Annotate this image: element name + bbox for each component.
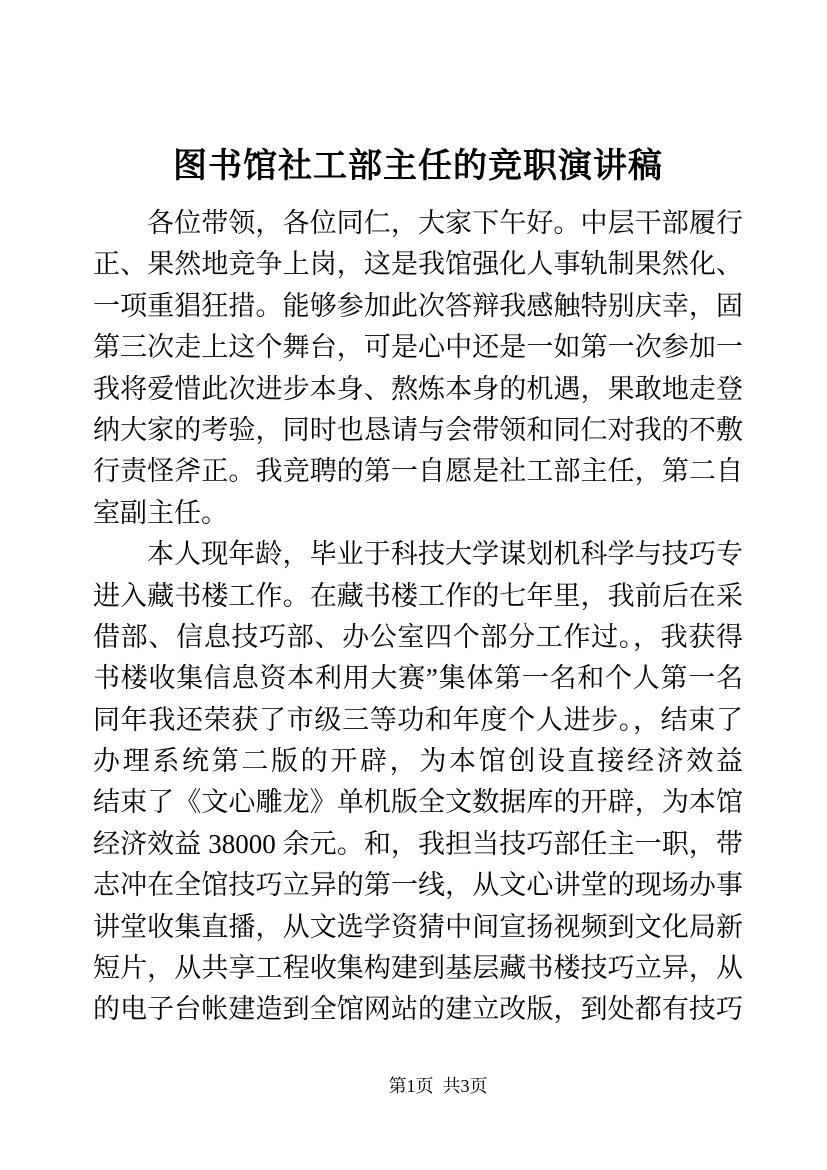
text-line: 书楼收集信息资本利用大赛”集体第一名和个人第一名的成绩， (93, 658, 743, 699)
text-line: 同年我还荣获了市级三等功和年度个人进步。，结束了文心图书 (93, 700, 743, 741)
document-body: 各位带领，各位同仁，大家下午好。中层干部履行刚正、刚正、果然地竞争上岗，这是我馆… (93, 203, 743, 1031)
page-number-label: 第1页 (389, 1076, 434, 1096)
text-line: 我将爱惜此次进步本身、熬炼本身的机遇，果敢地走登台来，接 (93, 369, 743, 410)
text-line: 经济效益 38000 余元。和，我担当技巧部任主一职，带领部分同 (93, 824, 743, 865)
text-line: 纳大家的考验，同时也恳请与会带领和同仁对我的不敷的地方进 (93, 410, 743, 451)
text-line: 办理系统第二版的开辟，为本馆创设直接经济效益 25000 余元。， (93, 741, 743, 782)
document-page: 图书馆社工部主任的竞职演讲稿 各位带领，各位同仁，大家下午好。中层干部履行刚正、… (0, 0, 827, 1170)
text-line: 借部、信息技巧部、办公室四个部分工作过。，我获得了“省藏 (93, 617, 743, 658)
paragraph: 各位带领，各位同仁，大家下午好。中层干部履行刚正、刚正、果然地竞争上岗，这是我馆… (93, 203, 743, 534)
text-line: 短片，从共享工程收集构建到基层藏书楼技巧立异，从各项查抄 (93, 948, 743, 989)
text-line: 各位带领，各位同仁，大家下午好。中层干部履行刚正、刚 (93, 203, 743, 244)
text-line: 第三次走上这个舞台，可是心中还是一如第一次参加一样激昂。 (93, 327, 743, 368)
text-line: 讲堂收集直播，从文选学资猜中间宣扬视频到文化局新农村宣扬 (93, 907, 743, 948)
text-line: 正、果然地竞争上岗，这是我馆强化人事轨制果然化、透明化的 (93, 244, 743, 285)
text-line: 一项重猖狂措。能够参加此次答辩我感触特别庆幸，固然这是我 (93, 286, 743, 327)
paragraph: 本人现年龄，毕业于科技大学谋划机科学与技巧专业，同年进入藏书楼工作。在藏书楼工作… (93, 534, 743, 1031)
text-line: 结束了《文心雕龙》单机版全文数据库的开辟，为本馆创设直接 (93, 782, 743, 823)
document-title: 图书馆社工部主任的竞职演讲稿 (93, 144, 743, 190)
text-line: 行责怪斧正。我竞聘的第一自愿是社工部主任，第二自愿是办公 (93, 451, 743, 492)
text-line: 室副主任。 (93, 493, 743, 534)
text-line: 本人现年龄，毕业于科技大学谋划机科学与技巧专业，同年 (93, 534, 743, 575)
text-line: 的电子台帐建造到全馆网站的建立改版，到处都有技巧部同志的 (93, 989, 743, 1030)
page-footer: 第1页共3页 (113, 1074, 763, 1098)
text-line: 进入藏书楼工作。在藏书楼工作的七年里，我前后在采编部、外 (93, 576, 743, 617)
total-pages-label: 共3页 (443, 1076, 488, 1096)
text-line: 志冲在全馆技巧立异的第一线，从文心讲堂的现场办事到市民大 (93, 865, 743, 906)
